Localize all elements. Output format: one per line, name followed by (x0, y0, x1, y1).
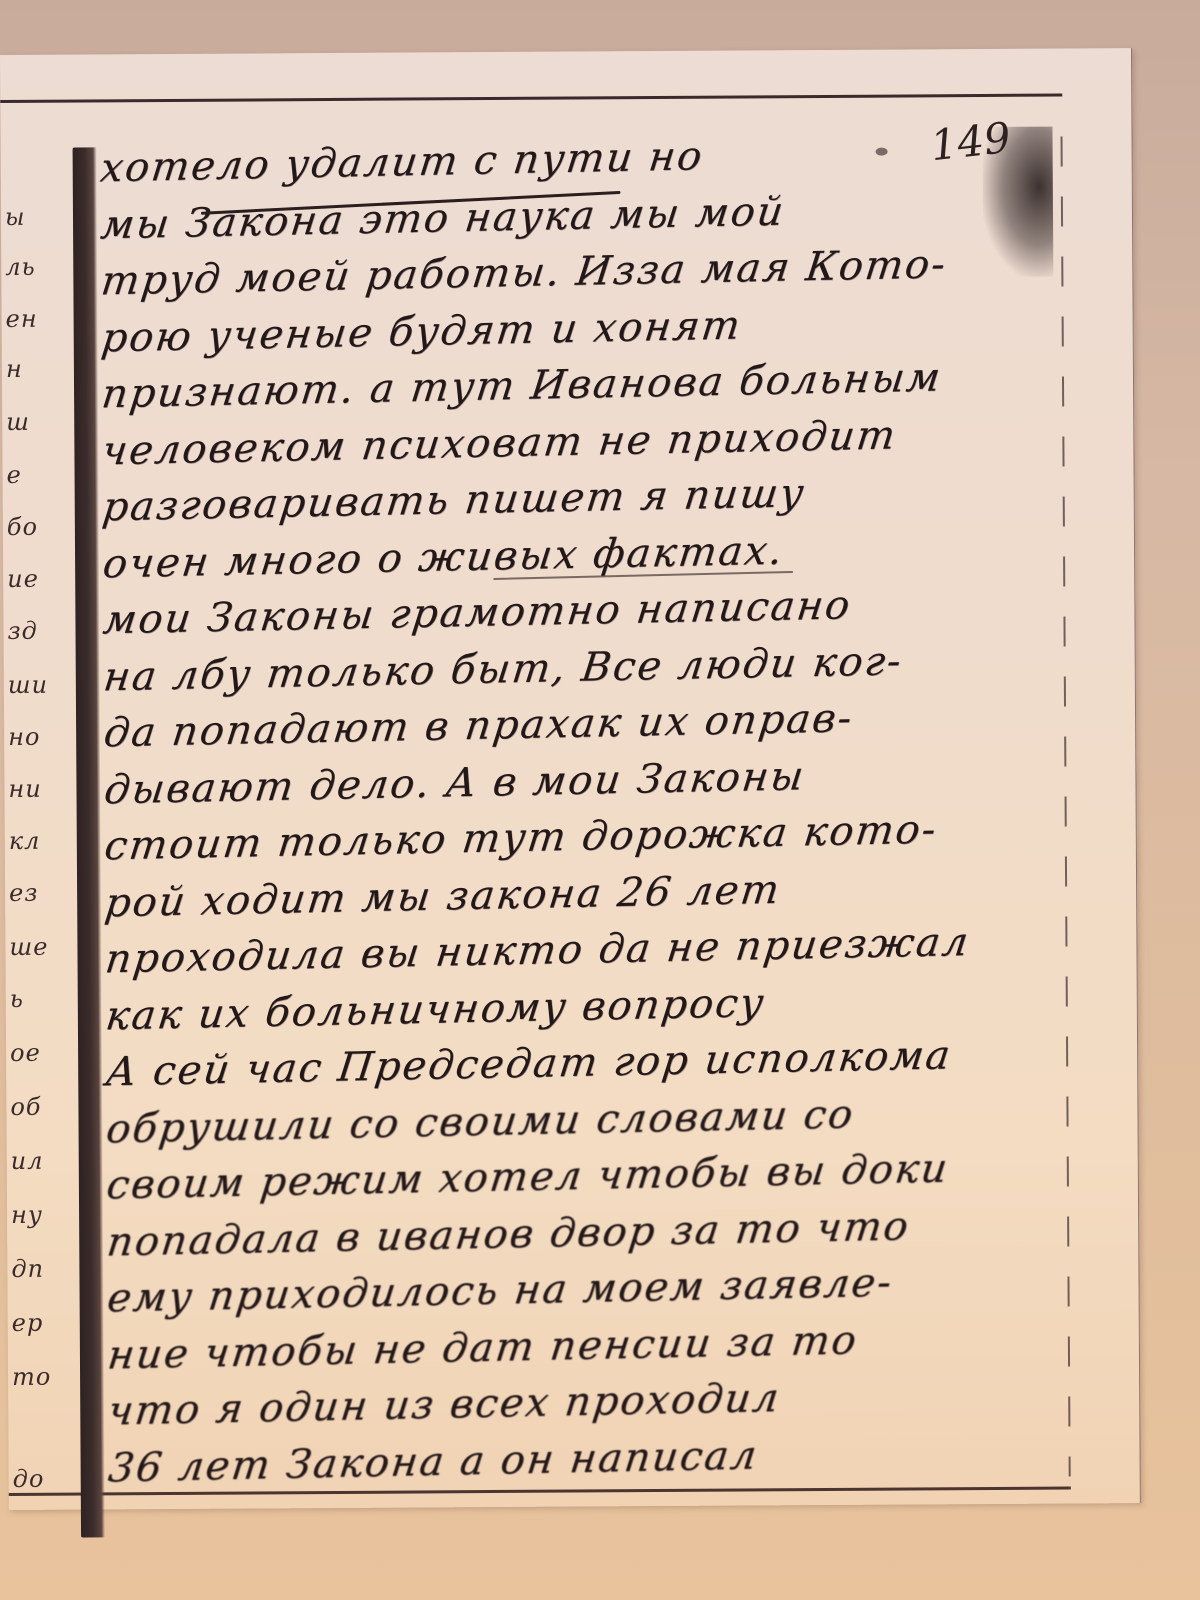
fragment: е (6, 461, 21, 489)
fragment: ш (6, 408, 30, 436)
fragment: то (12, 1363, 51, 1391)
fragment: кл (9, 827, 41, 855)
fragment: ер (12, 1309, 44, 1337)
fragment: ен (6, 305, 38, 333)
fragment: ил (11, 1147, 44, 1175)
fragment: ы (5, 203, 26, 231)
fragment: бо (7, 513, 38, 541)
fragment: об (10, 1093, 41, 1121)
fragment: ез (9, 879, 38, 907)
fragment: ль (5, 253, 36, 281)
photocopy-sheet: ы ль ен н ш е бо ие зд ши но ни кл ез ше… (0, 48, 1141, 1510)
sheet-edge (1131, 48, 1141, 1503)
copied-page-frame: ы ль ен н ш е бо ие зд ши но ни кл ез ше… (0, 94, 1071, 1496)
fragment: ое (10, 1039, 41, 1067)
fragment: ь (10, 985, 24, 1013)
fragment: до (13, 1465, 45, 1493)
fragment: ну (11, 1201, 43, 1229)
fragment: ши (8, 671, 48, 699)
fragment: зд (7, 617, 37, 645)
fragment: ни (8, 775, 41, 803)
adjacent-page-column: ы ль ен н ш е бо ие зд ши но ни кл ез ше… (1, 203, 77, 1533)
fragment: ие (7, 565, 39, 593)
fragment: н (6, 355, 23, 383)
fragment: ше (9, 933, 48, 961)
handwritten-text-body: хотело удалит с пути но мы Закона это на… (101, 135, 1069, 1497)
fragment: дп (11, 1255, 44, 1283)
fragment: но (8, 723, 40, 751)
